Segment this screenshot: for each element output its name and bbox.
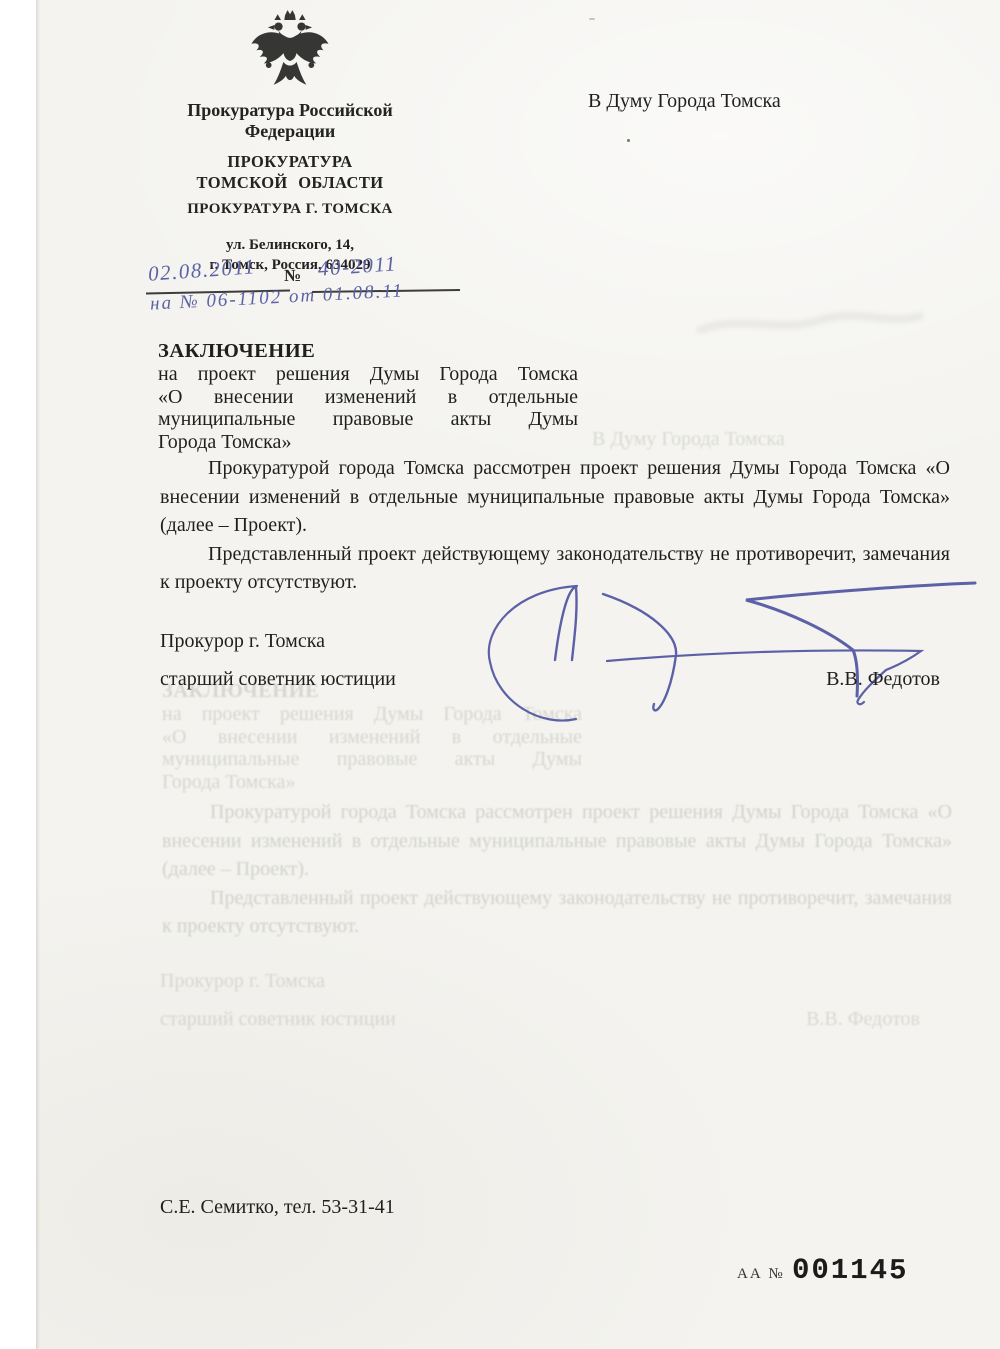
ghost-body-block: Прокуратурой города Томска рассмотрен пр… — [162, 798, 952, 941]
conclusion-block: ЗАКЛЮЧЕНИЕ на проект решения Думы Города… — [158, 340, 578, 453]
scan-speck — [589, 18, 595, 20]
signer-title-line1: Прокурор г. Томска — [160, 630, 325, 653]
pencil-smudge — [695, 300, 925, 350]
coat-of-arms-icon — [249, 8, 331, 96]
body-paragraph-1: Прокуратурой города Томска рассмотрен пр… — [160, 454, 950, 540]
org-name-city: ПРОКУРАТУРА Г. ТОМСКА — [125, 201, 455, 218]
org-name-federal-line1: Прокуратура Российской — [125, 100, 455, 121]
form-series-label: АА № — [737, 1266, 785, 1283]
org-name-federal-line2: Федерации — [125, 121, 455, 142]
scan-speck — [627, 139, 630, 142]
signer-name: В.В. Федотов — [826, 668, 940, 691]
scanned-letter-page: В Думу Города Томска ЗАКЛЮЧЕНИЕ на проек… — [0, 0, 1000, 1349]
ghost-signer-name: В.В. Федотов — [806, 1008, 920, 1031]
recipient-line: В Думу Города Томска — [588, 90, 781, 113]
letterhead: Прокуратура Российской Федерации ПРОКУРА… — [125, 8, 455, 275]
ghost-body-paragraph: Представленный проект действующему закон… — [162, 884, 952, 941]
signature-ink — [440, 565, 1000, 750]
form-number-stamp: 001145 — [792, 1254, 909, 1288]
org-name-regional: ПРОКУРАТУРА ТОМСКОЙ ОБЛАСТИ — [125, 151, 455, 193]
handwritten-outgoing-number: 40-2011 — [317, 251, 397, 281]
executor-contact-line: С.Е. Семитко, тел. 53-31-41 — [160, 1196, 395, 1219]
conclusion-subject-line2: «О внесении изменений в отдельные — [158, 386, 578, 409]
ghost-conclusion-line: Города Томска» — [162, 771, 582, 794]
ghost-signer-title-line: Прокурор г. Томска — [160, 970, 325, 993]
ghost-recipient-line: В Думу Города Томска — [592, 428, 785, 451]
conclusion-heading: ЗАКЛЮЧЕНИЕ — [158, 340, 578, 363]
signer-row: старший советник юстиции В.В. Федотов — [160, 668, 940, 691]
ghost-conclusion-line: муниципальные правовые акты Думы — [162, 748, 582, 771]
org-name-federal: Прокуратура Российской Федерации — [125, 100, 455, 142]
conclusion-subject-line1: на проект решения Думы Города Томска — [158, 363, 578, 386]
handwritten-reply-reference: на № 06-1102 от 01.08.11 — [150, 280, 405, 315]
conclusion-subject-line4: Города Томска» — [158, 431, 578, 454]
scanner-margin — [0, 0, 36, 1349]
ghost-body-paragraph: Прокуратурой города Томска рассмотрен пр… — [162, 798, 952, 884]
org-name-regional-line2: ТОМСКОЙ ОБЛАСТИ — [125, 172, 455, 193]
page-edge-shadow — [36, 0, 40, 1349]
conclusion-subject-line3: муниципальные правовые акты Думы — [158, 408, 578, 431]
org-name-regional-line1: ПРОКУРАТУРА — [125, 151, 455, 172]
signer-title-line2: старший советник юстиции — [160, 668, 396, 691]
number-sign: № — [284, 266, 301, 286]
ghost-signer-row: старший советник юстиции В.В. Федотов — [160, 1008, 920, 1031]
ghost-signer-title-line: старший советник юстиции — [160, 1008, 396, 1031]
org-address-line1: ул. Белинского, 14, — [125, 235, 455, 255]
